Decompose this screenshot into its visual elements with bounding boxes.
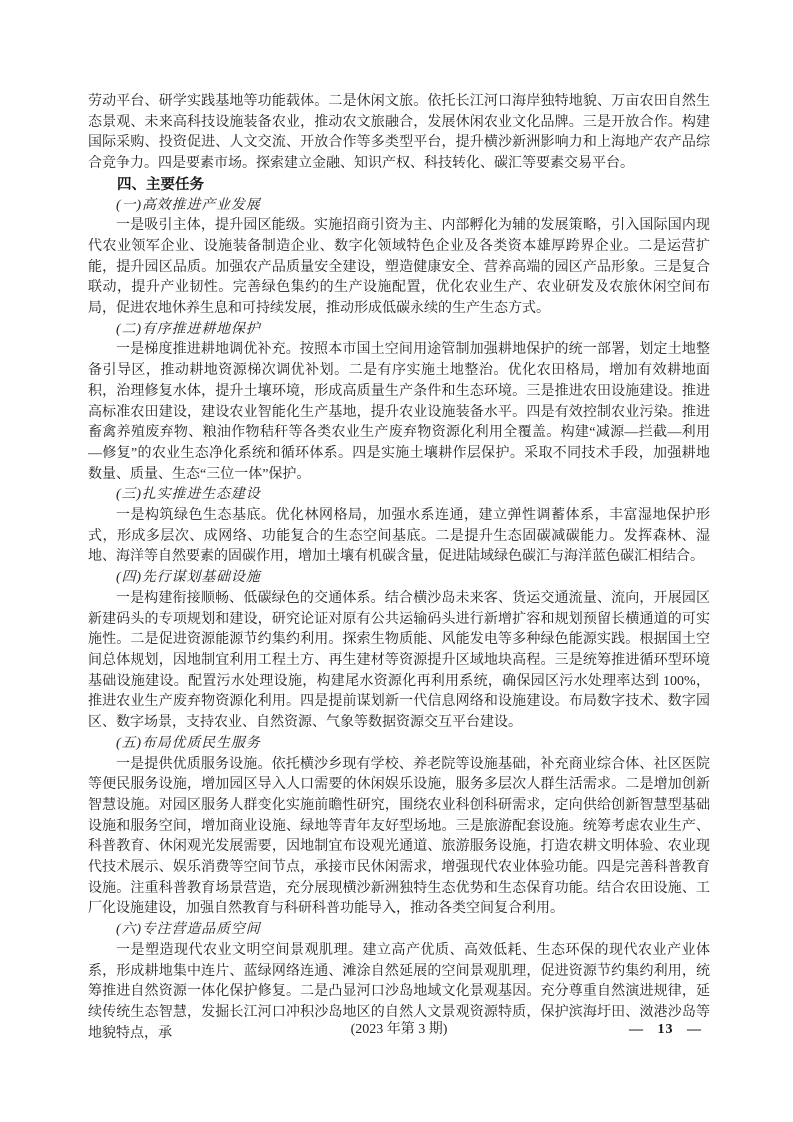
document-page: 劳动平台、研学实践基地等功能载体。二是休闲文旅。依托长江河口海岸独特地貌、万亩农… [0, 0, 793, 1122]
subsection-heading-5: (五)布局优质民生服务 [88, 734, 710, 755]
subsection-heading-3: (三)扎实推进生态建设 [88, 485, 710, 506]
document-body: 劳动平台、研学实践基地等功能载体。二是休闲文旅。依托长江河口海岸独特地貌、万亩农… [88, 92, 710, 1044]
subsection-heading-2: (二)有序推进耕地保护 [88, 320, 710, 341]
section-heading-main-tasks: 四、主要任务 [88, 175, 710, 196]
page-footer: (2023 年第 3 期) — 13 — [88, 1019, 710, 1041]
paragraph-farmland-protection: 一是梯度推进耕地调优补充。按照本市国土空间用途管制加强耕地保护的统一部署，划定土… [88, 340, 710, 485]
paragraph-continued: 劳动平台、研学实践基地等功能载体。二是休闲文旅。依托长江河口海岸独特地貌、万亩农… [88, 92, 710, 175]
paragraph-ecological-construction: 一是构筑绿色生态基底。优化林网格局，加强水系连通，建立弹性调蓄体系，丰富湿地保护… [88, 506, 710, 568]
subsection-heading-1: (一)高效推进产业发展 [88, 196, 710, 217]
subsection-heading-4: (四)先行谋划基础设施 [88, 568, 710, 589]
footer-page-number: — 13 — [629, 1019, 702, 1041]
footer-issue-label: (2023 年第 3 期) [88, 1019, 710, 1041]
subsection-heading-6: (六)专注营造品质空间 [88, 920, 710, 941]
paragraph-livelihood-services: 一是提供优质服务设施。依托横沙乡现有学校、养老院等设施基础，补充商业综合体、社区… [88, 755, 710, 921]
paragraph-infrastructure-planning: 一是构建衔接顺畅、低碳绿色的交通体系。结合横沙岛未来客、货运交通流量、流向，开展… [88, 589, 710, 734]
paragraph-industry-development: 一是吸引主体，提升园区能级。实施招商引资为主、内部孵化为辅的发展策略，引入国际国… [88, 216, 710, 320]
